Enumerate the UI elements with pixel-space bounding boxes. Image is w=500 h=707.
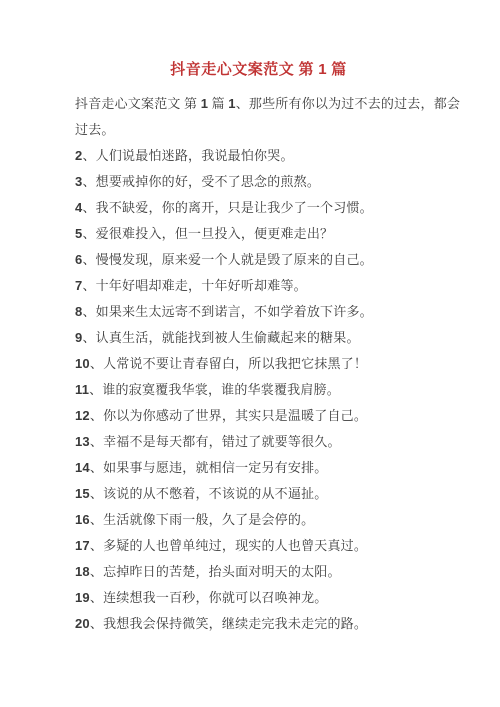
list-item: 13、幸福不是每天都有，错过了就要等很久。 bbox=[75, 429, 442, 455]
item-text: 、你以为你感动了世界，其实只是温暖了自己。 bbox=[90, 408, 367, 423]
item-number: 13 bbox=[75, 434, 90, 449]
item-text: 、多疑的人也曾单纯过，现实的人也曾天真过。 bbox=[90, 538, 367, 553]
item-number: 18 bbox=[75, 564, 90, 579]
intro-paragraph-line-1: 抖音走心文案范文 第 1 篇 1、那些所有你以为过不去的过去，都会 bbox=[75, 91, 442, 117]
page-title: 抖音走心文案范文 第 1 篇 bbox=[75, 57, 442, 83]
item-text: 、我不缺爱，你的离开，只是让我少了一个习惯。 bbox=[82, 200, 372, 215]
item-text: 、认真生活，就能找到被人生偷藏起来的糖果。 bbox=[82, 330, 359, 345]
item-number: 10 bbox=[75, 356, 90, 371]
item-number: 16 bbox=[75, 512, 90, 527]
document-page: 抖音走心文案范文 第 1 篇 抖音走心文案范文 第 1 篇 1、那些所有你以为过… bbox=[0, 0, 500, 707]
list-item: 16、生活就像下雨一般，久了是会停的。 bbox=[75, 507, 442, 533]
item-text: 、人们说最怕迷路，我说最怕你哭。 bbox=[82, 148, 293, 163]
list-item: 12、你以为你感动了世界，其实只是温暖了自己。 bbox=[75, 403, 442, 429]
list-item: 19、连续想我一百秒，你就可以召唤神龙。 bbox=[75, 585, 442, 611]
item-number: 12 bbox=[75, 408, 90, 423]
intro-paragraph-line-2: 过去。 bbox=[75, 117, 442, 143]
item-text: 、想要戒掉你的好，受不了思念的煎熬。 bbox=[82, 174, 320, 189]
quote-list: 2、人们说最怕迷路，我说最怕你哭。 3、想要戒掉你的好，受不了思念的煎熬。 4、… bbox=[75, 143, 442, 637]
item-text: 、连续想我一百秒，你就可以召唤神龙。 bbox=[90, 590, 328, 605]
list-item: 20、我想我会保持微笑，继续走完我未走完的路。 bbox=[75, 611, 442, 637]
list-item: 15、该说的从不憋着，不该说的从不逼扯。 bbox=[75, 481, 442, 507]
list-item: 11、谁的寂寞覆我华裳，谁的华裳覆我肩膀。 bbox=[75, 377, 442, 403]
list-item: 7、十年好唱却难走，十年好听却难等。 bbox=[75, 273, 442, 299]
item-number: 15 bbox=[75, 486, 90, 501]
list-item: 8、如果来生太远寄不到诺言，不如学着放下许多。 bbox=[75, 299, 442, 325]
item-number: 19 bbox=[75, 590, 90, 605]
item-text: 、谁的寂寞覆我华裳，谁的华裳覆我肩膀。 bbox=[89, 382, 340, 397]
item-text: 、如果来生太远寄不到诺言，不如学着放下许多。 bbox=[82, 304, 372, 319]
list-item: 18、忘掉昨日的苦楚，抬头面对明天的太阳。 bbox=[75, 559, 442, 585]
list-item: 10、人常说不要让青春留白，所以我把它抹黑了！ bbox=[75, 351, 442, 377]
item-text: 、人常说不要让青春留白，所以我把它抹黑了！ bbox=[90, 356, 367, 371]
item-text: 、幸福不是每天都有，错过了就要等很久。 bbox=[90, 434, 341, 449]
list-item: 6、慢慢发现，原来爱一个人就是毁了原来的自己。 bbox=[75, 247, 442, 273]
item-text: 、生活就像下雨一般，久了是会停的。 bbox=[90, 512, 314, 527]
list-item: 2、人们说最怕迷路，我说最怕你哭。 bbox=[75, 143, 442, 169]
item-text: 、如果事与愿违，就相信一定另有安排。 bbox=[90, 460, 328, 475]
item-text: 、爱很难投入，但一旦投入，便更难走出？ bbox=[82, 226, 333, 241]
list-item: 9、认真生活，就能找到被人生偷藏起来的糖果。 bbox=[75, 325, 442, 351]
item-text: 、我想我会保持微笑，继续走完我未走完的路。 bbox=[90, 616, 367, 631]
list-item: 17、多疑的人也曾单纯过，现实的人也曾天真过。 bbox=[75, 533, 442, 559]
list-item: 5、爱很难投入，但一旦投入，便更难走出？ bbox=[75, 221, 442, 247]
item-text: 、十年好唱却难走，十年好听却难等。 bbox=[82, 278, 306, 293]
item-text: 、忘掉昨日的苦楚，抬头面对明天的太阳。 bbox=[90, 564, 341, 579]
list-item: 3、想要戒掉你的好，受不了思念的煎熬。 bbox=[75, 169, 442, 195]
item-text: 、该说的从不憋着，不该说的从不逼扯。 bbox=[90, 486, 328, 501]
item-number: 17 bbox=[75, 538, 90, 553]
item-text: 、慢慢发现，原来爱一个人就是毁了原来的自己。 bbox=[82, 252, 372, 267]
item-number: 20 bbox=[75, 616, 90, 631]
list-item: 4、我不缺爱，你的离开，只是让我少了一个习惯。 bbox=[75, 195, 442, 221]
item-number: 11 bbox=[75, 382, 89, 397]
list-item: 14、如果事与愿违，就相信一定另有安排。 bbox=[75, 455, 442, 481]
item-number: 14 bbox=[75, 460, 90, 475]
